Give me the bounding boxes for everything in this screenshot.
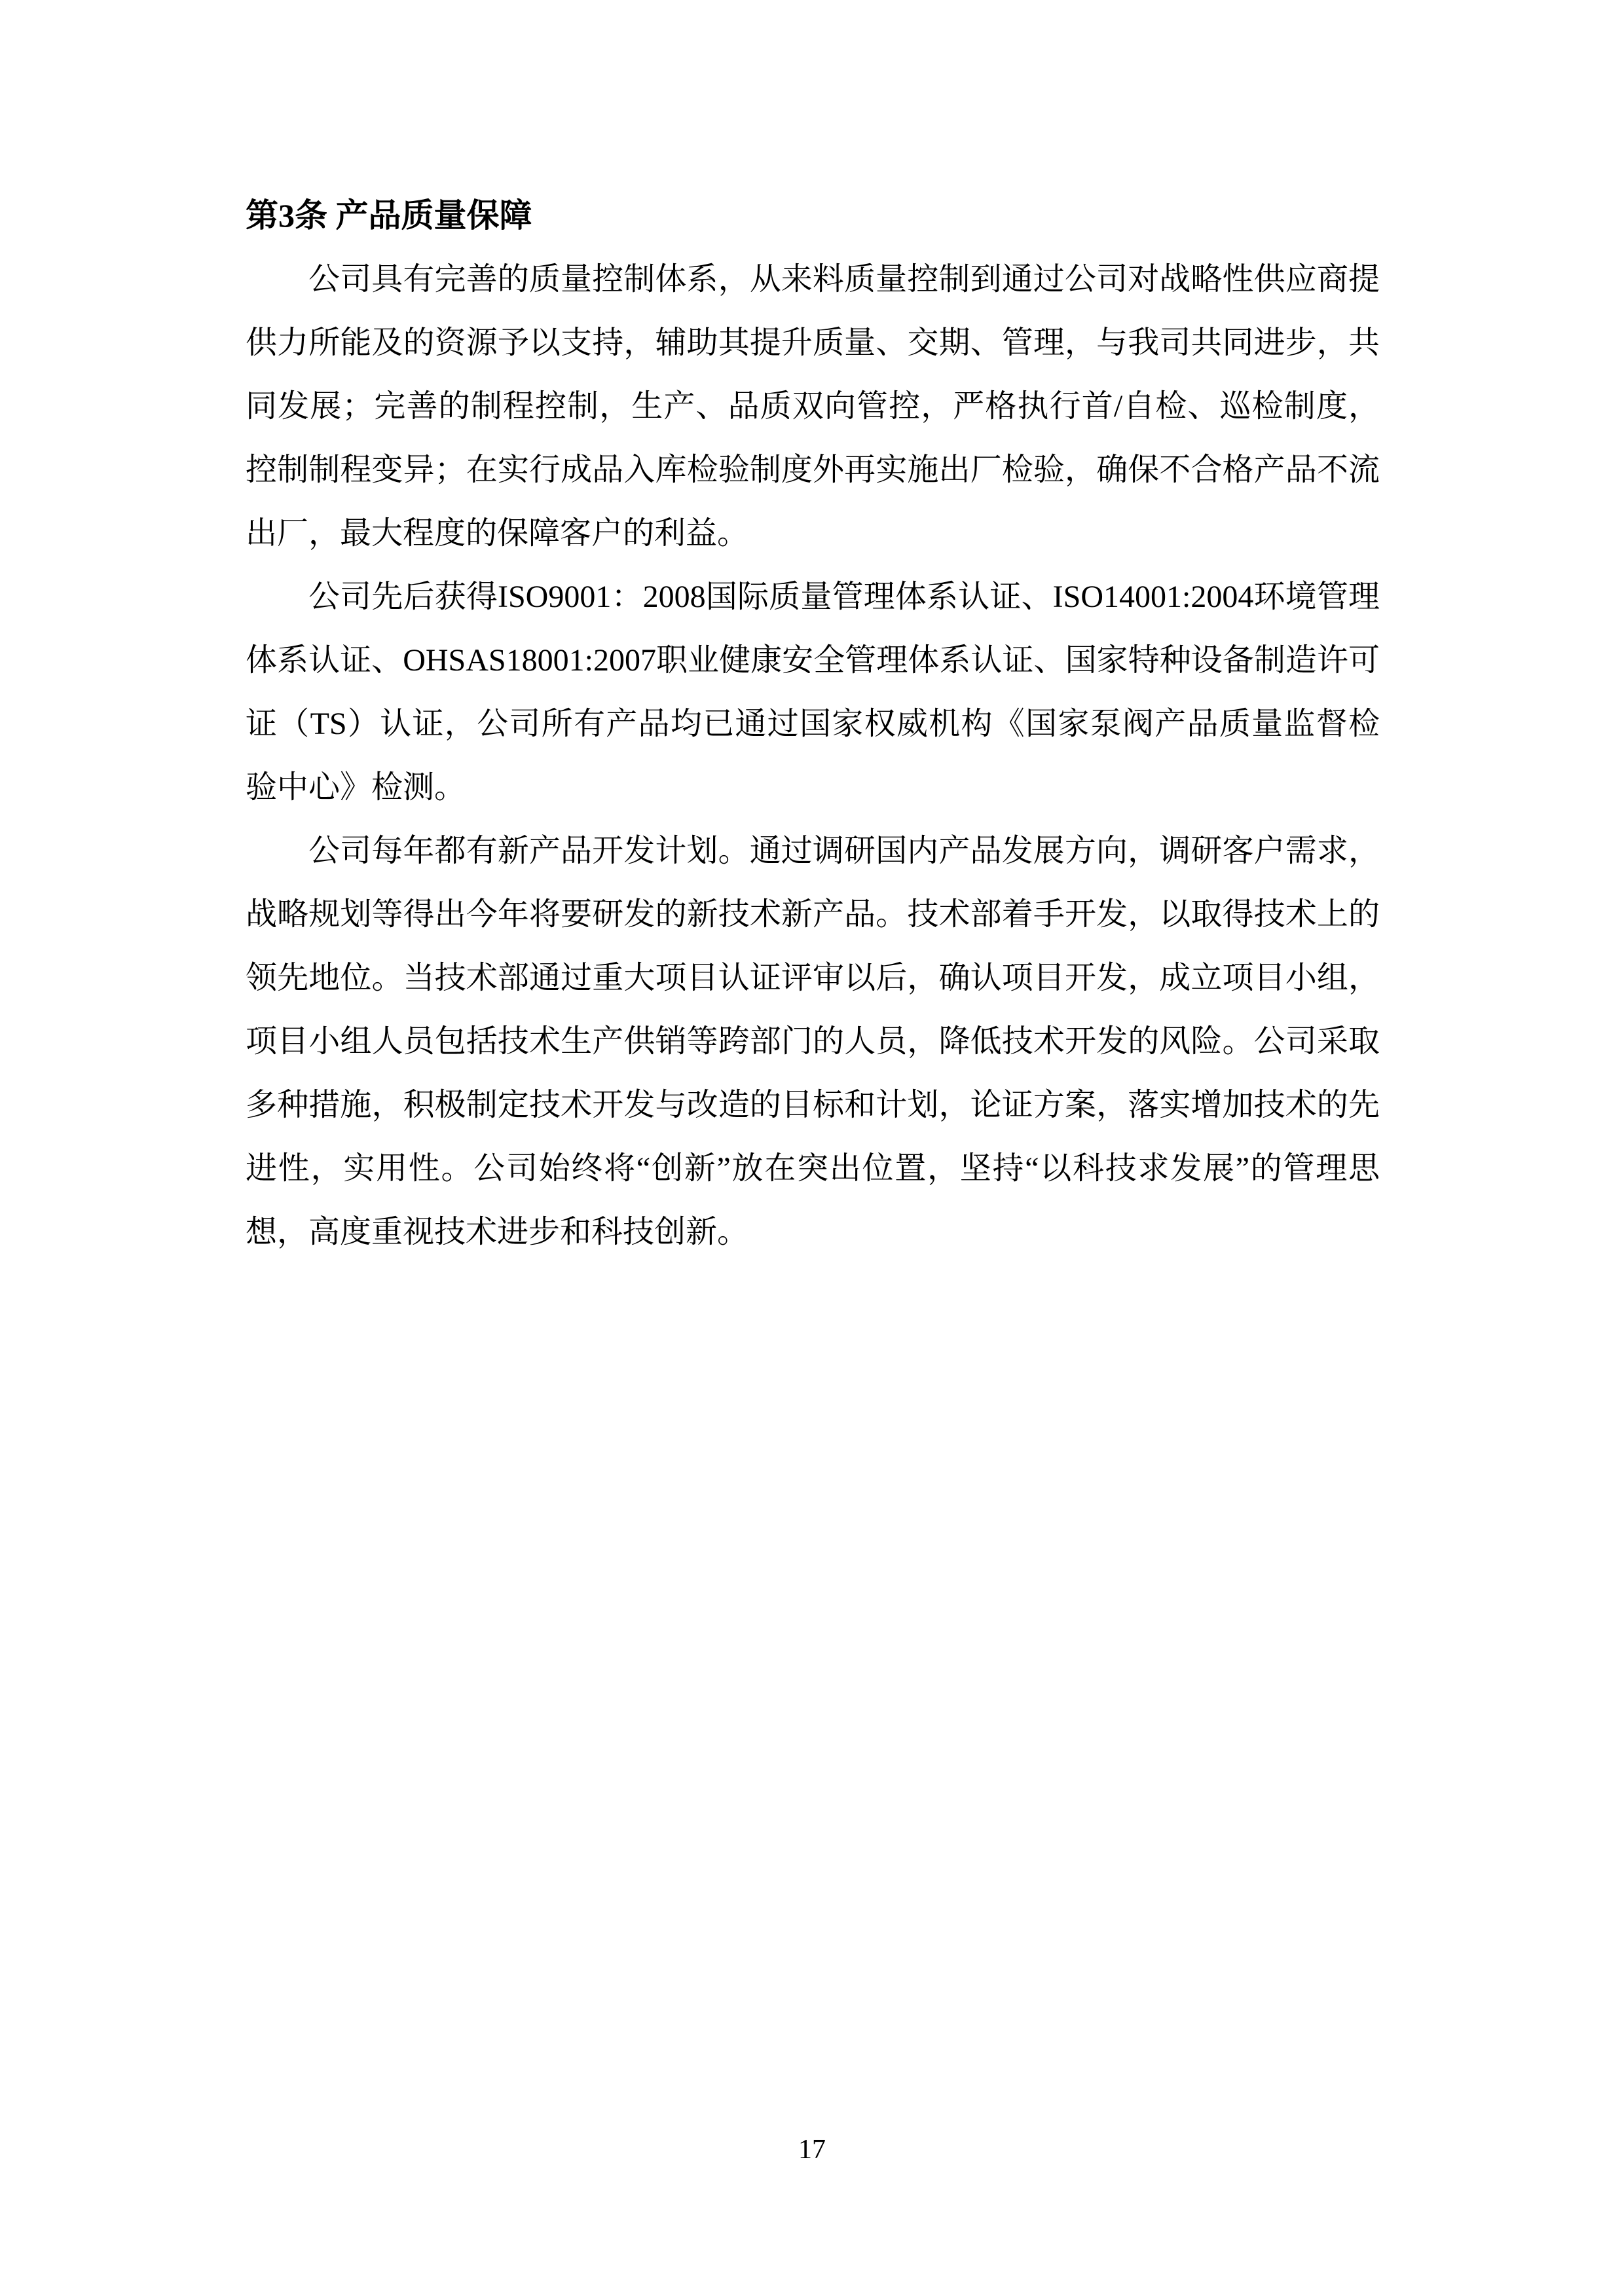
paragraph-quality-system: 公司具有完善的质量控制体系，从来料质量控制到通过公司对战略性供应商提供力所能及的… [246,248,1380,565]
page-body: 第3条 产品质量保障 公司具有完善的质量控制体系，从来料质量控制到通过公司对战略… [246,183,1380,1264]
paragraph-rnd-plan: 公司每年都有新产品开发计划。通过调研国内产品发展方向，调研客户需求，战略规划等得… [246,819,1380,1264]
page-number: 17 [0,2133,1624,2166]
paragraph-certifications: 公司先后获得ISO9001：2008国际质量管理体系认证、ISO14001:20… [246,565,1380,819]
section-heading: 第3条 产品质量保障 [246,183,1380,248]
document-page: 第3条 产品质量保障 公司具有完善的质量控制体系，从来料质量控制到通过公司对战略… [0,0,1624,2295]
